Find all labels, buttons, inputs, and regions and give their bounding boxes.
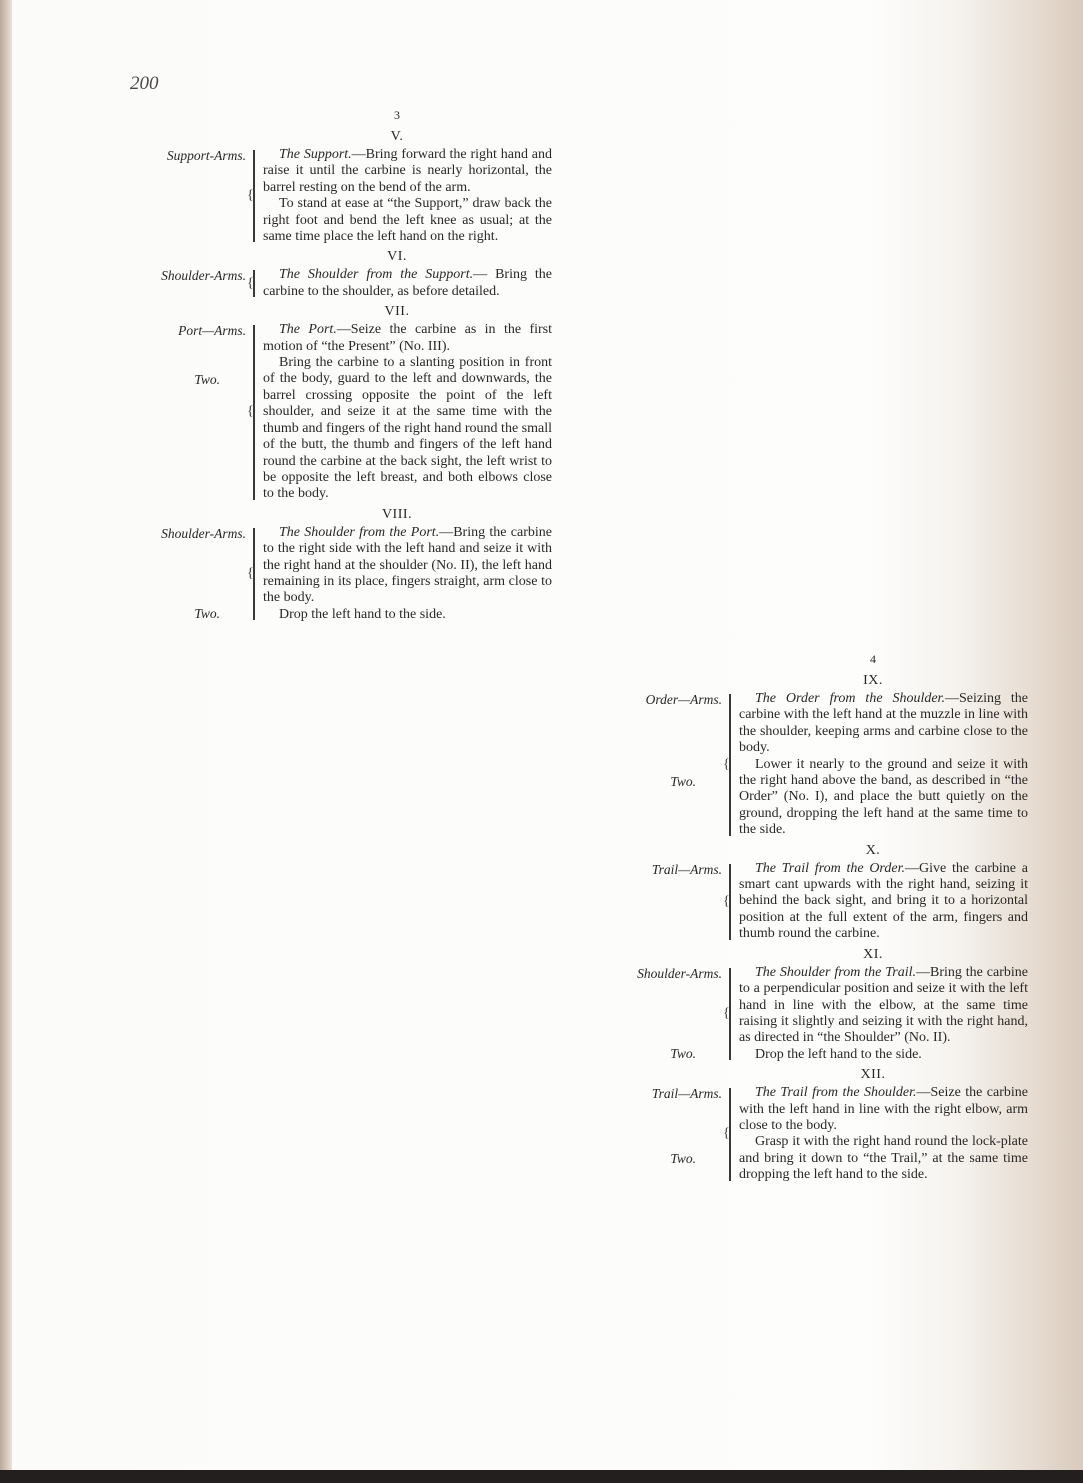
- section-numeral: VIII.: [242, 507, 552, 523]
- table-surface-edge: [0, 1470, 1083, 1483]
- section-title: The Trail from the Order.: [755, 861, 905, 876]
- section-numeral: IX.: [718, 673, 1028, 689]
- command-label: Trail—Arms.: [652, 1086, 722, 1102]
- section-text: The Order from the Shoulder.—Seizing the…: [739, 691, 1028, 839]
- brace-icon: {: [726, 861, 736, 943]
- brace-icon: {: [726, 691, 736, 839]
- paragraph: Drop the left hand to the side.: [739, 1047, 1028, 1063]
- drill-section-x: X. Trail—Arms. { The Trail from the Orde…: [608, 843, 1028, 943]
- section-title: The Shoulder from the Port.: [279, 525, 439, 540]
- command-label: Two.: [194, 606, 220, 622]
- command-label: Two.: [194, 372, 220, 388]
- brace-icon: {: [726, 1085, 736, 1183]
- section-numeral: XI.: [718, 947, 1028, 963]
- page-number: 200: [130, 73, 159, 95]
- section-title: The Shoulder from the Support.: [279, 267, 473, 282]
- command-label: Two.: [670, 1046, 696, 1062]
- command-label: Trail—Arms.: [652, 862, 722, 878]
- command-labels: Trail—Arms. Two.: [608, 1085, 726, 1183]
- command-labels: Shoulder-Arms. Two.: [132, 525, 250, 623]
- brace-icon: {: [250, 322, 260, 502]
- section-text: The Support.—Bring forward the right han…: [263, 147, 552, 245]
- section-text: The Trail from the Shoulder.—Seize the c…: [739, 1085, 1028, 1183]
- paragraph: Grasp it with the right hand round the l…: [739, 1134, 1028, 1183]
- command-labels: Trail—Arms.: [608, 861, 726, 943]
- command-label: Order—Arms.: [646, 692, 722, 708]
- command-label: Two.: [670, 774, 696, 790]
- column-number: 4: [718, 652, 1028, 667]
- command-label: Two.: [670, 1151, 696, 1167]
- paragraph: Lower it nearly to the ground and seize …: [739, 757, 1028, 839]
- command-labels: Port—Arms. Two.: [132, 322, 250, 502]
- command-labels: Support-Arms.: [132, 147, 250, 245]
- column-number: 3: [242, 108, 552, 123]
- section-text: The Shoulder from the Port.—Bring the ca…: [263, 525, 552, 623]
- section-title: The Port.: [279, 322, 337, 337]
- book-spine-edge: [0, 0, 12, 1475]
- paragraph: Bring the carbine to a slanting position…: [263, 355, 552, 503]
- paragraph: Drop the left hand to the side.: [263, 607, 552, 623]
- drill-section-viii: VIII. Shoulder-Arms. Two. { The Shoulder…: [132, 507, 552, 623]
- command-label: Port—Arms.: [178, 323, 246, 339]
- section-numeral: V.: [242, 129, 552, 145]
- drill-section-v: V. Support-Arms. { The Support.—Bring fo…: [132, 129, 552, 245]
- command-label: Support-Arms.: [167, 148, 246, 164]
- paragraph: To stand at ease at “the Support,” draw …: [263, 196, 552, 245]
- section-numeral: X.: [718, 843, 1028, 859]
- brace-icon: {: [250, 525, 260, 623]
- section-text: The Port.—Seize the carbine as in the fi…: [263, 322, 552, 502]
- drill-section-vii: VII. Port—Arms. Two. { The Port.—Seize t…: [132, 304, 552, 502]
- left-column: 3 V. Support-Arms. { The Support.—Bring …: [132, 108, 552, 627]
- section-text: The Shoulder from the Support.— Bring th…: [263, 267, 552, 300]
- brace-icon: {: [250, 147, 260, 245]
- drill-section-xii: XII. Trail—Arms. Two. { The Trail from t…: [608, 1067, 1028, 1183]
- section-title: The Order from the Shoulder.: [755, 691, 945, 706]
- section-title: The Support.: [279, 147, 352, 162]
- drill-section-xi: XI. Shoulder-Arms. Two. { The Shoulder f…: [608, 947, 1028, 1063]
- section-text: The Shoulder from the Trail.—Bring the c…: [739, 965, 1028, 1063]
- section-numeral: VII.: [242, 304, 552, 320]
- section-numeral: XII.: [718, 1067, 1028, 1083]
- right-column: 4 IX. Order—Arms. Two. { The Order from …: [608, 652, 1028, 1188]
- section-numeral: VI.: [242, 249, 552, 265]
- command-labels: Shoulder-Arms. Two.: [608, 965, 726, 1063]
- command-labels: Order—Arms. Two.: [608, 691, 726, 839]
- drill-section-vi: VI. Shoulder-Arms. { The Shoulder from t…: [132, 249, 552, 300]
- book-page: 200 3 V. Support-Arms. { The Support.—Br…: [12, 0, 1083, 1475]
- brace-icon: {: [250, 267, 260, 300]
- section-text: The Trail from the Order.—Give the carbi…: [739, 861, 1028, 943]
- drill-section-ix: IX. Order—Arms. Two. { The Order from th…: [608, 673, 1028, 839]
- command-label: Shoulder-Arms.: [161, 526, 246, 542]
- brace-icon: {: [726, 965, 736, 1063]
- command-label: Shoulder-Arms.: [161, 268, 246, 284]
- command-labels: Shoulder-Arms.: [132, 267, 250, 300]
- section-title: The Trail from the Shoulder.: [755, 1085, 917, 1100]
- section-title: The Shoulder from the Trail.: [755, 965, 916, 980]
- command-label: Shoulder-Arms.: [637, 966, 722, 982]
